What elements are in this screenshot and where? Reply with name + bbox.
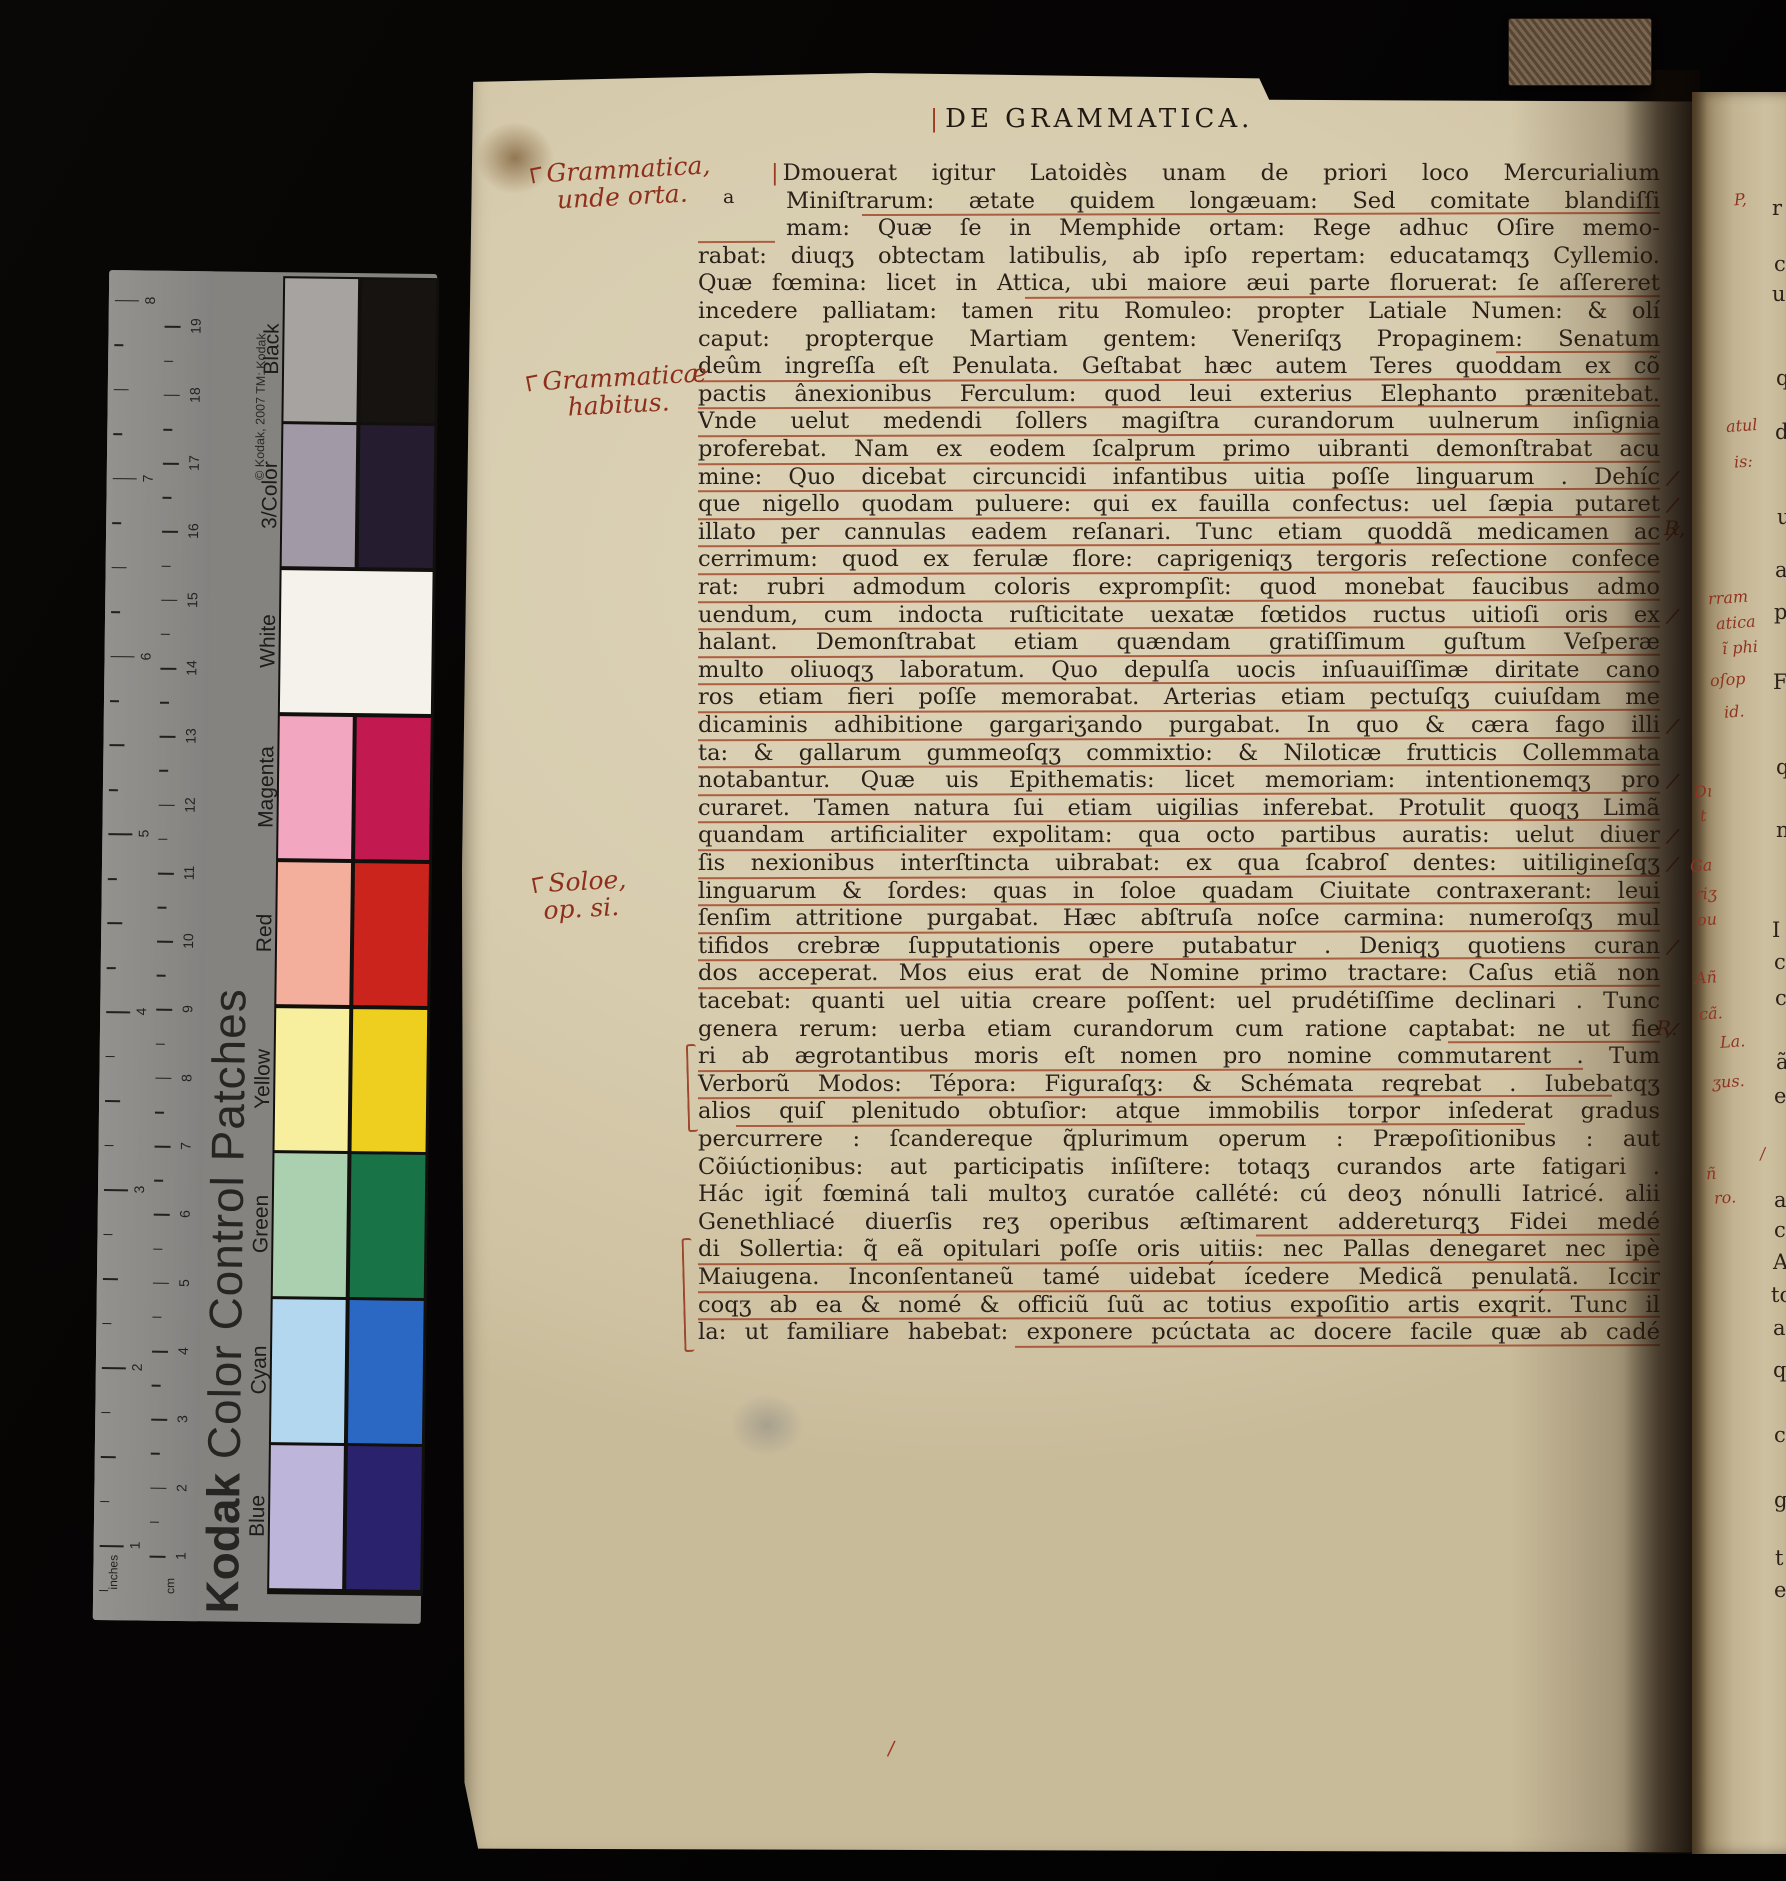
- ruler-number-cm: 13: [182, 719, 198, 753]
- running-title: |DE GRAMMATICA.: [930, 104, 1253, 134]
- color-patch-light: [273, 1154, 348, 1297]
- edge-letter: I: [1772, 918, 1780, 942]
- text-line: alios quiſ plenitudo obtuſior: atque imm…: [698, 1098, 1660, 1126]
- color-patch-strong: [346, 1446, 422, 1589]
- card-brand: Kodak: [196, 1473, 250, 1614]
- ruler-number-cm: 9: [179, 992, 195, 1026]
- text-line: linguarum & ſordes: quas in ſoloe quadam…: [698, 878, 1660, 906]
- text-line: caput: propterque Martiam gentem: Veneri…: [698, 326, 1660, 354]
- ruler-tick-cm: [163, 429, 172, 431]
- card-ruler: 1234567891011121314151617181912345678inc…: [93, 270, 213, 1621]
- text-line: |Dmouerat igitur Latoidès unam de priori…: [698, 160, 1660, 188]
- ruler-tick-cm: [160, 736, 176, 738]
- ruler-tick-inch: [109, 789, 118, 791]
- ruler-tick-cm: [157, 941, 173, 943]
- rubric-bracket: [686, 1044, 698, 1132]
- ruler-tick-cm: [153, 1248, 162, 1250]
- ruler-tick-cm: [150, 1555, 166, 1557]
- text-line: ta: & gallarum gummeoſqʒ commixtio: & Ni…: [698, 740, 1660, 768]
- text-line: deûm ingreſſa eſt Penulata. Geſtabat hæc…: [698, 353, 1660, 381]
- gloss-fragment: oſop: [1709, 669, 1746, 690]
- text-line: illato per cannulas eadem reſanari. Tunc…: [698, 519, 1660, 547]
- gloss-fragment: ñ: [1705, 1164, 1717, 1184]
- text-line: tifidos crebræ ſupputationis opere putab…: [698, 933, 1660, 961]
- edge-letter: c: [1774, 1218, 1786, 1242]
- edge-letter: q: [1776, 366, 1786, 390]
- ruler-tick-inch: [107, 922, 122, 924]
- text-line: multo oliuoqʒ laboratum. Quo depulſa uoc…: [698, 657, 1660, 685]
- photographed-book-scene: |DE GRAMMATICA. a |Dmouerat igitur Latoi…: [0, 0, 1786, 1881]
- margin-note-line: op. si.: [534, 893, 628, 925]
- ruler-tick-cm: [157, 975, 166, 977]
- edge-letter: e: [1774, 1084, 1786, 1108]
- ruler-tick-inch: [113, 478, 137, 480]
- ruler-tick-inch: [114, 389, 129, 391]
- edge-letter: c: [1774, 950, 1786, 974]
- gloss-fragment: is:: [1733, 451, 1753, 471]
- edge-letter: ã: [1776, 1050, 1786, 1074]
- ruler-tick-inch: [111, 611, 120, 613]
- text-line: proferebat. Nam ex eodem ſcalprum primo …: [698, 436, 1660, 464]
- rubric-bracket: [682, 1238, 695, 1352]
- ruler-tick-inch: [115, 300, 139, 302]
- color-patch-light: [269, 1445, 344, 1588]
- text-line: mam: Quæ ſe in Memphide ortam: Rege adhu…: [698, 215, 1660, 243]
- color-patch-light: [282, 424, 357, 567]
- text-line: halant. Demonſtrabat etiam quændam grati…: [698, 629, 1660, 657]
- ruler-tick-cm: [157, 907, 166, 909]
- rubric-paraph-icon: [532, 876, 546, 893]
- color-patch-white: [280, 570, 433, 714]
- ruler-number-inch: 4: [133, 995, 149, 1029]
- gloss-fragment: P,: [1733, 190, 1747, 210]
- text-line: curaret. Tamen natura ſui etiam uigilias…: [698, 795, 1660, 823]
- gloss-fragment: riʒ: [1694, 883, 1717, 903]
- ruler-number-cm: 19: [187, 309, 203, 343]
- gloss-fragment: ou: [1696, 909, 1717, 929]
- ruler-tick-cm: [159, 770, 168, 772]
- ruler-tick-inch: [103, 1278, 118, 1280]
- ruler-tick-cm: [155, 1077, 171, 1079]
- text-line: dos acceperat. Mos eius erat de Nomine p…: [698, 960, 1660, 988]
- ruler-number-cm: 10: [180, 924, 196, 958]
- text-line: quandam artificialiter expolitam: qua oc…: [698, 822, 1660, 850]
- color-patch-strong: [349, 1154, 425, 1297]
- edge-letter: F: [1773, 670, 1786, 694]
- ruler-tick-cm: [155, 1146, 171, 1148]
- gutter-shadow: [1624, 70, 1700, 1854]
- ruler-tick-inch: [102, 1323, 111, 1325]
- ruler-tick-cm: [158, 838, 167, 840]
- text-line: Miniſtrarum: ætate quidem longæuam: Sed …: [698, 188, 1660, 216]
- ruler-tick-inch: [106, 1011, 130, 1013]
- ruler-tick-cm: [153, 1282, 169, 1284]
- edge-letter: a: [1773, 1316, 1786, 1340]
- edge-letter: a: [1775, 558, 1786, 582]
- text-line: uendum, cum indocta ruſticitate uexatæ f…: [698, 602, 1660, 630]
- ruler-number-inch: 3: [131, 1173, 147, 1207]
- edge-letter: g: [1774, 1488, 1786, 1512]
- color-patch-strong: [347, 1300, 423, 1443]
- edge-letter: p: [1774, 600, 1786, 624]
- text-line: rat: rubri admodum coloris exprompſit: q…: [698, 574, 1660, 602]
- ruler-tick-inch: [114, 344, 123, 346]
- ruler-tick-inch: [101, 1456, 116, 1458]
- ruler-number-cm: 2: [173, 1470, 189, 1504]
- edge-letter: a: [1774, 1188, 1786, 1212]
- edge-letter: to: [1771, 1283, 1786, 1307]
- ruler-tick-cm: [156, 1043, 165, 1045]
- edge-letter: c: [1774, 252, 1786, 276]
- gloss-fragment: Dı: [1693, 781, 1712, 801]
- ruler-tick-inch: [108, 878, 117, 880]
- ruler-number-inch: 1: [126, 1528, 142, 1562]
- ruler-number-inch: 6: [137, 639, 153, 673]
- gloss-fragment: t: [1699, 806, 1707, 825]
- ruler-number-cm: 14: [183, 651, 199, 685]
- color-patch-light: [276, 862, 351, 1005]
- gloss-fragment: ro.: [1713, 1187, 1736, 1207]
- ruler-tick-inch: [112, 522, 121, 524]
- ruler-tick-inch: [110, 700, 119, 702]
- ruler-tick-cm: [164, 360, 173, 362]
- gloss-fragment: atica: [1715, 612, 1756, 634]
- gloss-fragment: ʒus.: [1711, 1071, 1745, 1092]
- text-line: cerrimum: quod ex ferulæ flore: caprigen…: [698, 546, 1660, 574]
- edge-letter: d: [1775, 420, 1786, 444]
- ruler-tick-cm: [162, 531, 178, 533]
- text-line: Genethliacé diuerſis reʒ operibus æſtima…: [698, 1209, 1660, 1237]
- ruler-number-cm: 15: [184, 583, 200, 617]
- gloss-fragment: Ga: [1689, 855, 1713, 876]
- color-patch-light: [275, 1008, 350, 1151]
- text-line: ſis nexionibus interſtincta uibrabat: ex…: [698, 850, 1660, 878]
- text-line: rabat: diuqʒ obtectam latibulis, ab ipſo…: [698, 243, 1660, 271]
- ruler-tick-cm: [152, 1385, 161, 1387]
- ruler-tick-cm: [152, 1316, 161, 1318]
- text-line: la: ut familiare habebat: exponere pcúct…: [698, 1319, 1660, 1347]
- ruler-number-inch: 2: [129, 1350, 145, 1384]
- margin-note: Grammaticæhabitus.: [527, 359, 709, 422]
- ruler-tick-inch: [105, 1145, 114, 1147]
- text-line: coqʒ ab ea & nomé & officiũ ſuũ ac totiu…: [698, 1292, 1660, 1320]
- color-patch-light: [283, 278, 358, 421]
- edge-letter: n: [1776, 818, 1786, 842]
- text-line: dicaminis adhibitione gargariʒando purga…: [698, 712, 1660, 740]
- ruler-number-cm: 1: [172, 1539, 188, 1573]
- edge-letter: q: [1776, 755, 1786, 779]
- text-line: genera rerum: uerba etiam curandorum cum…: [698, 1016, 1660, 1044]
- rubric-bottom-mark: /: [886, 1736, 896, 1761]
- ruler-tick-cm: [154, 1180, 163, 1182]
- ruler-tick-cm: [159, 804, 175, 806]
- text-line: tacebat: quanti uel uitia creare poſſent…: [698, 988, 1660, 1016]
- ruler-number-cm: 16: [185, 514, 201, 548]
- ruler-unit-inches: inches: [106, 1542, 121, 1602]
- ruler-tick-inch: [104, 1189, 128, 1191]
- ruler-number-cm: 11: [181, 856, 197, 890]
- ruler-tick-inch: [113, 433, 122, 435]
- ruler-tick-cm: [155, 1112, 164, 1114]
- text-line: mine: Quo dicebat circuncidi infantibus …: [698, 464, 1660, 492]
- text-line: Quæ fœmina: licet in Attica, ubi maiore …: [698, 270, 1660, 298]
- ruler-tick-inch: [109, 745, 124, 747]
- ruler-tick-cm: [165, 326, 181, 328]
- ruler-tick-inch: [101, 1412, 110, 1414]
- text-line: ros etiam fieri poſſe memorabat. Arteria…: [698, 684, 1660, 712]
- kodak-color-card: 1234567891011121314151617181912345678inc…: [93, 270, 437, 1624]
- margin-note: Grammatica,unde orta.: [531, 151, 713, 214]
- ruler-tick-cm: [162, 497, 171, 499]
- ruler-tick-inch: [108, 833, 132, 835]
- edge-letter: A: [1773, 1250, 1786, 1274]
- ruler-tick-inch: [105, 1100, 120, 1102]
- text-line: percurrere : ſcandereque q̃plurimum oper…: [698, 1126, 1660, 1154]
- color-patch-light: [278, 716, 353, 859]
- book-page: |DE GRAMMATICA. a |Dmouerat igitur Latoi…: [462, 64, 1700, 1854]
- text-line: que nigello quodam puluere: qui ex fauil…: [698, 491, 1660, 519]
- ruler-tick-cm: [164, 394, 180, 396]
- text-line: Vnde uelut medendi ſollers magiſtra cura…: [698, 408, 1660, 436]
- ruler-number-cm: 7: [177, 1129, 193, 1163]
- ruler-tick-inch: [111, 656, 135, 658]
- edge-letter: q: [1773, 1358, 1786, 1382]
- color-patch-strong: [358, 425, 434, 568]
- color-patch-strong: [360, 279, 436, 422]
- ruler-tick-cm: [162, 565, 171, 567]
- ruler-tick-inch: [106, 1056, 115, 1058]
- ruler-tick-cm: [150, 1487, 166, 1489]
- edge-letter: u: [1777, 505, 1786, 529]
- ruler-number-cm: 4: [175, 1334, 191, 1368]
- rubric-stroke: |: [771, 160, 779, 186]
- ruler-tick-cm: [151, 1419, 167, 1421]
- margin-note: Soloe,op. si.: [533, 866, 629, 925]
- ruler-unit-cm: cm: [163, 1571, 177, 1601]
- binding-strap: [1508, 18, 1652, 86]
- text-line: incedere palliatam: tamen ritu Romuleo: …: [698, 298, 1660, 326]
- text-line: notabantur. Quæ uis Epithematis: licet m…: [698, 767, 1660, 795]
- ruler-tick-cm: [158, 873, 174, 875]
- gloss-fragment: Añ: [1694, 967, 1717, 987]
- ruler-number-cm: 8: [178, 1061, 194, 1095]
- running-title-text: DE GRAMMATICA.: [945, 104, 1253, 134]
- ruler-tick-cm: [154, 1214, 170, 1216]
- ruler-number-inch: 7: [140, 461, 156, 495]
- text-line: di Sollertia: q̃ eã opitulari poſſe oris…: [698, 1236, 1660, 1264]
- ruler-number-inch: 8: [142, 283, 158, 317]
- ruler-tick-cm: [160, 702, 169, 704]
- rubric-stroke: |: [930, 105, 942, 133]
- ruler-tick-inch: [103, 1234, 112, 1236]
- color-patch-strong: [355, 717, 431, 860]
- paper-blemish: [730, 1394, 804, 1456]
- color-patch-light: [271, 1299, 346, 1442]
- text-line: Maiugena. Inconſentaneũ tamé uidebat́ íc…: [698, 1264, 1660, 1292]
- gloss-fragment: rram: [1707, 587, 1748, 609]
- ruler-tick-inch: [100, 1501, 109, 1503]
- edge-letter: c: [1775, 986, 1786, 1010]
- ruler-tick-cm: [161, 599, 177, 601]
- edge-letter: r: [1772, 196, 1782, 220]
- text-line: pactis ânexionibus Ferculum: quod leui e…: [698, 381, 1660, 409]
- rubric-paraph-icon: [530, 167, 544, 184]
- ruler-tick-inch: [107, 967, 116, 969]
- edge-letter: e: [1774, 1578, 1786, 1602]
- gloss-fragment: atul: [1725, 415, 1758, 436]
- text-line: Hác igit́ fœminá tali multoʒ curatóe cal…: [698, 1181, 1660, 1209]
- ruler-tick-cm: [151, 1453, 160, 1455]
- ruler-tick-cm: [160, 668, 176, 670]
- ruler-number-cm: 12: [182, 788, 198, 822]
- ruler-tick-inch: [102, 1367, 126, 1369]
- ruler-tick-cm: [152, 1351, 168, 1353]
- gloss-fragment: ĩ phi: [1721, 637, 1758, 658]
- edge-letter: t: [1775, 1546, 1783, 1570]
- ruler-number-cm: 17: [186, 446, 202, 480]
- gloss-fragment: cã.: [1698, 1003, 1723, 1024]
- rubric-underline: [1015, 1344, 1660, 1348]
- text-line: ri ab ægrotantibus moris eſt nomen pro n…: [698, 1043, 1660, 1071]
- rubric-paraph-icon: [526, 375, 540, 392]
- ruler-number-cm: 3: [174, 1402, 190, 1436]
- edge-letter: c: [1774, 1423, 1786, 1447]
- ruler-tick-inch: [112, 567, 127, 569]
- ruler-number-inch: 5: [135, 817, 151, 851]
- ruler-tick-cm: [156, 1009, 172, 1011]
- text-line: Verborũ Modos: Tépora: Figuraſqʒ: & Sché…: [698, 1071, 1660, 1099]
- color-patch-strong: [351, 1009, 427, 1152]
- ruler-number-cm: 6: [177, 1197, 193, 1231]
- ruler-number-cm: 5: [176, 1266, 192, 1300]
- ruler-tick-cm: [161, 634, 170, 636]
- ruler-number-cm: 18: [187, 378, 203, 412]
- ruler-tick-cm: [150, 1521, 159, 1523]
- text-line: Cõiúctionibus: aut participatis inſiſter…: [698, 1154, 1660, 1182]
- gloss-fragment: La.: [1719, 1031, 1746, 1052]
- text-line: ſenſim attritione purgabat. Hæc abſtruſa…: [698, 905, 1660, 933]
- ruler-tick-cm: [163, 463, 179, 465]
- edge-letter: u: [1772, 282, 1786, 306]
- gloss-fragment: id.: [1723, 701, 1745, 721]
- color-patch-strong: [353, 863, 429, 1006]
